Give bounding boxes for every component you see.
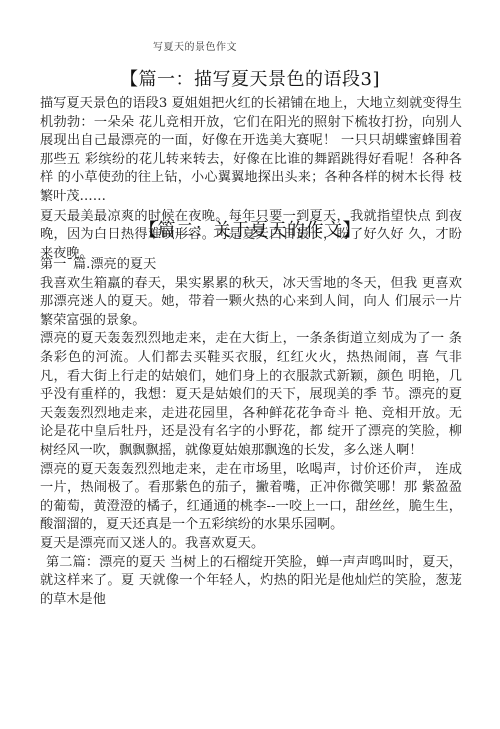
paragraph: 第二篇：漂亮的夏天 当树上的石榴绽开笑脸，蝉一声声鸣叫时，夏天，就这样来了。夏 … xyxy=(40,554,462,610)
section-title-2: 【篇二：关于夏天的作文】 xyxy=(0,216,500,242)
section-2-body: 第一ˉ篇.漂亮的夏天 我喜欢生箱羸的春天，果实累累的秋天，冰天雪地的冬天，但我 … xyxy=(40,256,462,609)
paragraph: 漂亮的夏天轰轰烈烈地走来，走在市场里，吆喝声，讨价还价声， 连成一片，热闹极了。… xyxy=(40,461,462,535)
paragraph: 我喜欢生箱羸的春天，果实累累的秋天，冰天雪地的冬天，但我 更喜欢那漂亮迷人的夏天… xyxy=(40,275,462,331)
document-header: 写夏天的景色作文 xyxy=(153,38,237,53)
article-subtitle: 第一ˉ篇.漂亮的夏天 xyxy=(40,256,462,275)
document-page: 写夏天的景色作文 【篇一：描写夏天景色的语段3] 描写夏天景色的语段3 夏姐姐把… xyxy=(0,0,500,729)
paragraph: 夏天是漂亮而又迷人的。我喜欢夏天。 xyxy=(40,535,462,554)
paragraph: 描写夏天景色的语段3 夏姐姐把火红的长裙铺在地上，大地立刻就变得生机勃勃：一朵朵… xyxy=(40,95,462,207)
section-title-1: 【篇一：描写夏天景色的语段3] xyxy=(0,65,500,91)
paragraph: 漂亮的夏天轰轰烈烈地走来，走在大街上，一条条街道立刻成为了一 条条彩色的河流。人… xyxy=(40,330,462,460)
